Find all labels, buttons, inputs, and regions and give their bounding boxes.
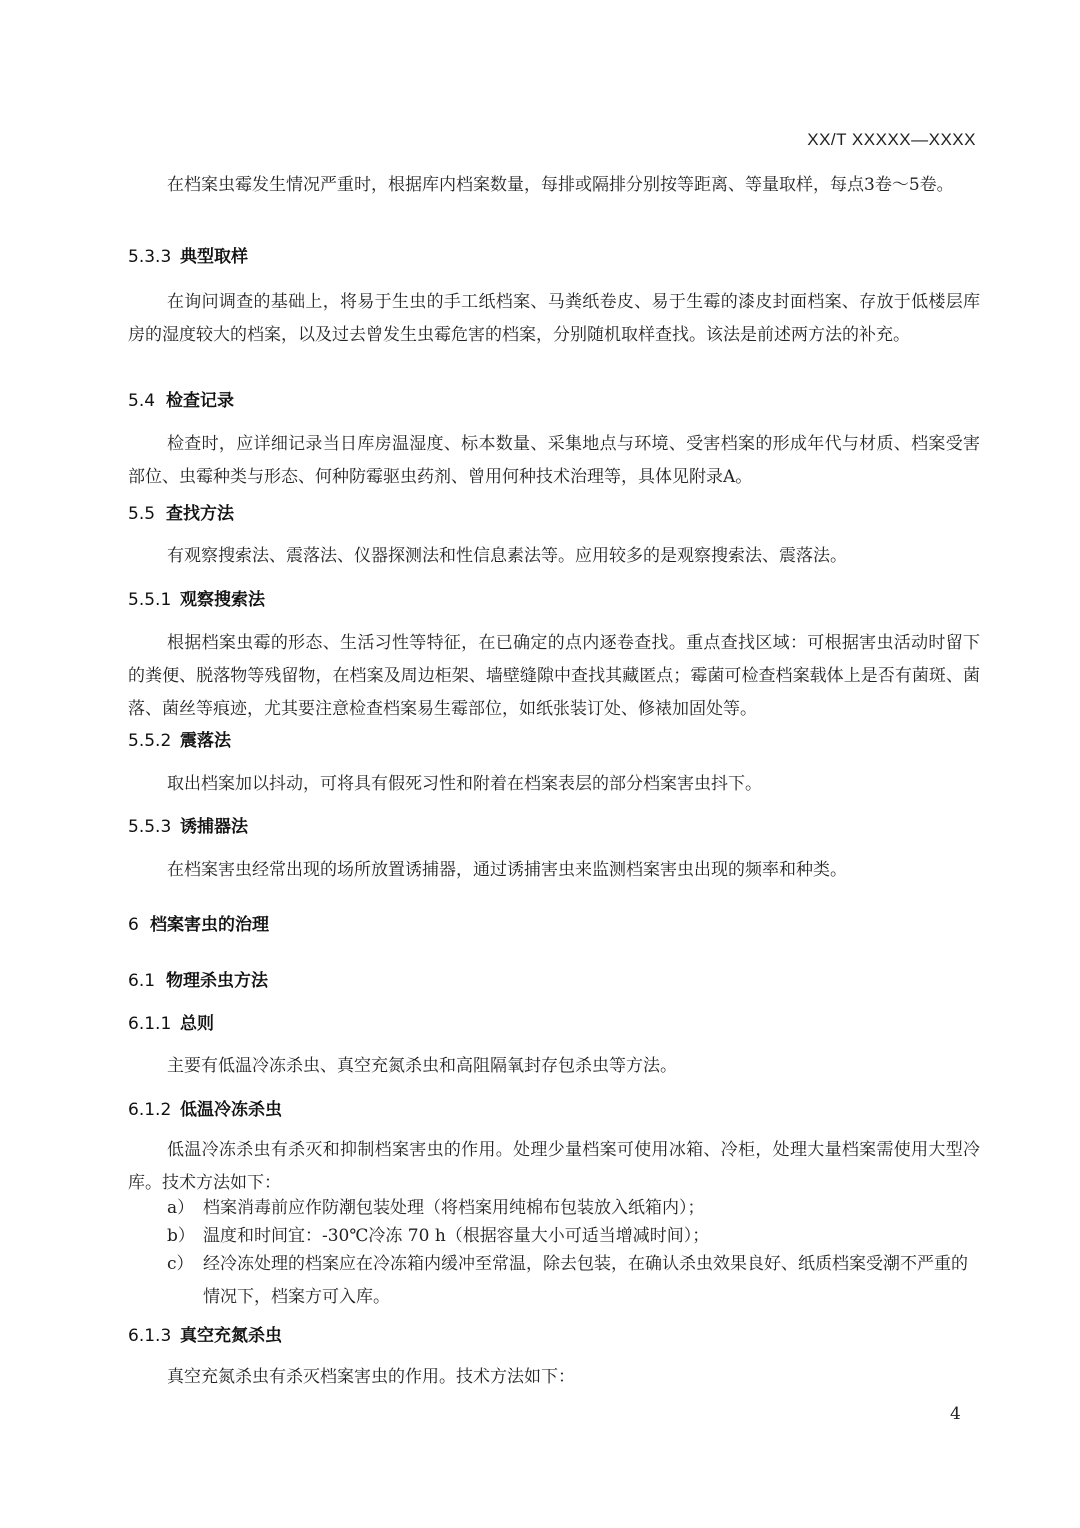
heading-6-1: 6.1物理杀虫方法 <box>128 969 268 993</box>
standard-code-header: XX/T XXXXX—XXXX <box>807 130 976 150</box>
heading-5-5-2: 5.5.2震落法 <box>128 729 231 753</box>
paragraph-inspection-record: 检查时，应详细记录当日库房温湿度、标本数量、采集地点与环境、受害档案的形成年代与… <box>128 428 980 494</box>
section-title: 总则 <box>180 1014 214 1034</box>
paragraph-shake-method: 取出档案加以抖动，可将具有假死习性和附着在档案表层的部分档案害虫抖下。 <box>128 768 980 801</box>
section-title: 诱捕器法 <box>180 817 248 837</box>
list-text: 经冷冻处理的档案应在冷冻箱内缓冲至常温，除去包装，在确认杀虫效果良好、纸质档案受… <box>203 1248 980 1314</box>
paragraph-low-temperature-freezing: 低温冷冻杀虫有杀灭和抑制档案害虫的作用。处理少量档案可使用冰箱、冷柜，处理大量档… <box>128 1134 980 1200</box>
document-page: XX/T XXXXX—XXXX 在档案虫霉发生情况严重时，根据库内档案数量，每排… <box>0 0 1080 1528</box>
section-title: 典型取样 <box>180 247 248 267</box>
section-number: 6.1.1 <box>128 1012 180 1036</box>
paragraph-typical-sampling: 在询问调查的基础上，将易于生虫的手工纸档案、马粪纸卷皮、易于生霉的漆皮封面档案、… <box>128 286 980 352</box>
section-title: 震落法 <box>180 731 231 751</box>
heading-5-3-3: 5.3.3典型取样 <box>128 245 248 269</box>
paragraph-trap-method: 在档案害虫经常出现的场所放置诱捕器，通过诱捕害虫来监测档案害虫出现的频率和种类。 <box>128 854 980 887</box>
paragraph-observation-search: 根据档案虫霉的形态、生活习性等特征，在已确定的点内逐卷查找。重点查找区域：可根据… <box>128 627 980 726</box>
paragraph-search-methods: 有观察搜索法、震落法、仪器探测法和性信息素法等。应用较多的是观察搜索法、震落法。 <box>128 540 980 573</box>
heading-6-1-3: 6.1.3真空充氮杀虫 <box>128 1324 282 1348</box>
section-number: 6.1.2 <box>128 1098 180 1122</box>
heading-5-5: 5.5查找方法 <box>128 502 234 526</box>
section-number: 6.1.3 <box>128 1324 180 1348</box>
section-title: 检查记录 <box>166 391 234 411</box>
paragraph-sampling-severe: 在档案虫霉发生情况严重时，根据库内档案数量，每排或隔排分别按等距离、等量取样，每… <box>128 169 980 202</box>
section-number: 5.3.3 <box>128 245 180 269</box>
list-marker: c） <box>167 1248 194 1281</box>
page-number: 4 <box>950 1404 961 1424</box>
heading-5-5-3: 5.5.3诱捕器法 <box>128 815 248 839</box>
section-title: 查找方法 <box>166 504 234 524</box>
section-number: 5.4 <box>128 389 166 413</box>
section-number: 5.5.1 <box>128 588 180 612</box>
section-number: 6 <box>128 913 150 937</box>
section-title: 真空充氮杀虫 <box>180 1326 282 1346</box>
heading-5-4: 5.4检查记录 <box>128 389 234 413</box>
section-number: 6.1 <box>128 969 166 993</box>
section-title: 档案害虫的治理 <box>150 915 269 935</box>
list-item-c: c） 经冷冻处理的档案应在冷冻箱内缓冲至常温，除去包装，在确认杀虫效果良好、纸质… <box>167 1248 980 1314</box>
heading-5-5-1: 5.5.1观察搜索法 <box>128 588 265 612</box>
section-number: 5.5 <box>128 502 166 526</box>
section-number: 5.5.3 <box>128 815 180 839</box>
section-title: 低温冷冻杀虫 <box>180 1100 282 1120</box>
paragraph-vacuum-nitrogen: 真空充氮杀虫有杀灭档案害虫的作用。技术方法如下： <box>128 1361 980 1394</box>
heading-6-1-1: 6.1.1总则 <box>128 1012 214 1036</box>
section-title: 物理杀虫方法 <box>166 971 268 991</box>
section-number: 5.5.2 <box>128 729 180 753</box>
heading-6-1-2: 6.1.2低温冷冻杀虫 <box>128 1098 282 1122</box>
heading-6: 6档案害虫的治理 <box>128 913 269 937</box>
paragraph-general-principles: 主要有低温冷冻杀虫、真空充氮杀虫和高阻隔氧封存包杀虫等方法。 <box>128 1050 980 1083</box>
section-title: 观察搜索法 <box>180 590 265 610</box>
